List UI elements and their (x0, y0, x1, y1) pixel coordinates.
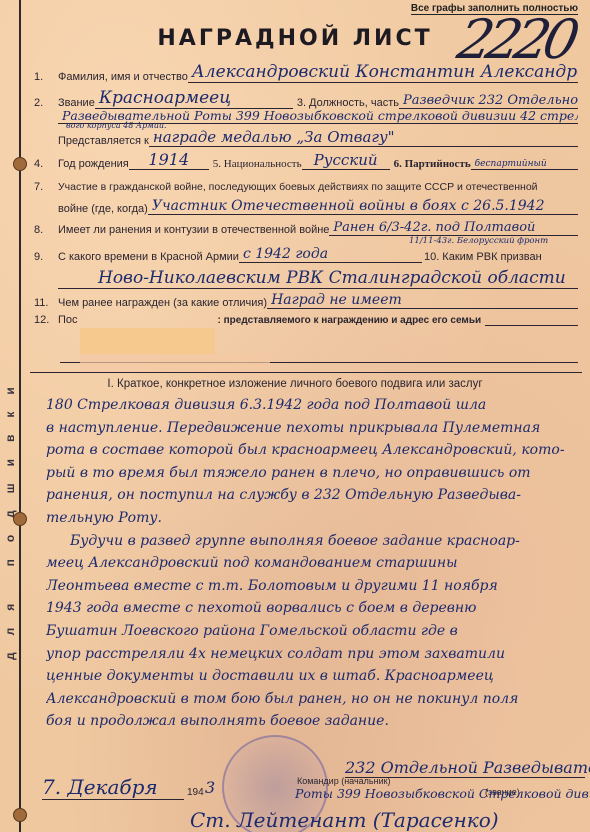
field-number: 1. (34, 71, 58, 83)
field-wounds: 8. Имеет ли ранения и контузии в отечест… (34, 220, 578, 236)
narrative-line: Бушатин Лоевского района Гомельской обла… (46, 623, 576, 639)
document-title: НАГРАДНОЙ ЛИСТ (0, 26, 590, 51)
field-label: Участие в гражданской войне, последующих… (58, 181, 538, 193)
field-value-army-since: с 1942 года (239, 246, 422, 263)
binding-hole (13, 157, 27, 171)
field-label: Чем ранее награжден (за какие отличия) (58, 297, 267, 309)
field-value: Наград не имеет (267, 292, 578, 309)
field-birth-nationality-party: 4. Год рождения 1914 5. Национальность Р… (34, 150, 578, 170)
field-number: 11. (34, 297, 58, 309)
field-value-party: беспартийный (471, 159, 578, 170)
field-label-end: : представляемого к награждению и адрес … (218, 315, 482, 326)
field-war-participation-value: войне (где, когда) Участник Отечественно… (58, 198, 578, 215)
field-value: Александровский Константин Александрович (188, 62, 578, 83)
field-label: 5. Национальность (213, 158, 302, 170)
narrative-line: 1943 года вместе с пехотой ворвались с б… (46, 600, 576, 616)
field-number: 4. (34, 158, 58, 170)
narrative-line: рый в то время был тяжело ранен в плечо,… (46, 465, 576, 481)
field-value-cont: 11/11-43г. Белорусский фронт (405, 236, 552, 246)
field-value-rvk: Ново-Николаевским РВК Сталинградской обл… (58, 268, 578, 289)
narrative-line: Леонтьева вместе с т.т. Болотовым и друг… (46, 578, 576, 594)
field-number: 7. (34, 181, 58, 193)
date-day-month: 7. Декабря (42, 775, 184, 800)
narrative-line: Будучи в развед группе выполняя боевое з… (70, 533, 576, 549)
field-home-address: 12. Пос : представляемого к награждению … (34, 314, 578, 326)
field-label: Представляется к (58, 135, 149, 147)
field-label: Имеет ли ранения и контузии в отечествен… (58, 224, 329, 236)
field-value: Участник Отечественной войны в боях с 26… (148, 198, 578, 215)
field-value-nationality: Русский (302, 151, 390, 170)
binding-hole (13, 512, 27, 526)
date-year-suffix: 3 (205, 778, 215, 797)
field-previous-awards: 11. Чем ранее награжден (за какие отличи… (34, 292, 578, 309)
commander-signature: Ст. Лейтенант (Тарасенко) (190, 808, 499, 832)
field-label: Фамилия, имя и отчество (58, 71, 188, 83)
field-rank-position: 2. Звание Красноармеец 3. Должность, час… (34, 88, 578, 109)
narrative-line: в наступление. Передвижение пехоты прикр… (46, 420, 576, 436)
field-number: 9. (34, 251, 58, 263)
field-value-rank: Красноармеец (95, 88, 293, 109)
field-value-position: Разведчик 232 Отдельной (399, 93, 578, 109)
field-value-line (485, 325, 578, 326)
field-label: 6. Партийность (394, 158, 471, 170)
field-army-since-rvk: 9. С какого времени в Красной Армии с 19… (34, 246, 578, 263)
field-wounds-cont: 11/11-43г. Белорусский фронт (405, 236, 578, 246)
date-year-prefix: 194 (187, 787, 204, 798)
commander-label: Командир (начальник) (297, 776, 391, 786)
narrative-heading: I. Краткое, конкретное изложение личного… (0, 378, 590, 390)
narrative-line: Александровский в том бою был ранен, но … (46, 691, 576, 707)
field-presented-for: Представляется к награде медалью „За Отв… (58, 128, 578, 147)
field-war-participation: 7. Участие в гражданской войне, последую… (34, 181, 578, 193)
field-value: Ранен 6/3-42г. под Полтавой (329, 220, 578, 236)
narrative-line: рота в составе которой был красноармеец … (46, 442, 576, 458)
field-number: 2. (34, 97, 58, 109)
commander-unit-line1: 232 Отдельной Разведывательной (345, 758, 585, 778)
binding-margin-text: для подшивки (3, 646, 17, 660)
field-label: Год рождения (58, 158, 129, 170)
narrative-line: упор расстреляли 4х немецких солдат при … (46, 646, 576, 662)
field-label-start: Пос (58, 314, 78, 326)
redacted-area (80, 328, 215, 354)
section-divider (30, 372, 582, 373)
field-number: 12. (34, 314, 58, 326)
commander-unit-line2: Роты 399 Новозыбковской Стрелковой дивиз… (295, 786, 590, 801)
binding-margin-line (19, 0, 21, 832)
field-label: С какого времени в Красной Армии (58, 251, 239, 263)
redacted-area (80, 354, 270, 372)
field-number: 8. (34, 224, 58, 236)
narrative-line: меец Александровский под командованием с… (46, 555, 576, 571)
narrative-line: тельную Роту. (46, 510, 576, 526)
field-rvk-value: Ново-Николаевским РВК Сталинградской обл… (58, 268, 578, 289)
field-value-birth-year: 1914 (129, 150, 209, 170)
narrative-line: 180 Стрелковая дивизия 6.3.1942 года под… (46, 397, 576, 413)
narrative-line: боя и продолжал выполнять боевое задание… (46, 713, 576, 729)
binding-hole (13, 808, 27, 822)
field-label: 10. Каким РВК призван (424, 251, 542, 263)
field-full-name: 1. Фамилия, имя и отчество Александровск… (34, 62, 578, 83)
award-sheet-document: для подшивки Все графы заполнить полност… (0, 0, 590, 832)
field-label: войне (где, когда) (58, 203, 148, 215)
narrative-line: ценные документы и доставили их в штаб. … (46, 668, 576, 684)
narrative-line: ранения, он поступил на службу в 232 Отд… (46, 487, 576, 503)
field-value: награде медалью „За Отвагу" (149, 128, 578, 147)
